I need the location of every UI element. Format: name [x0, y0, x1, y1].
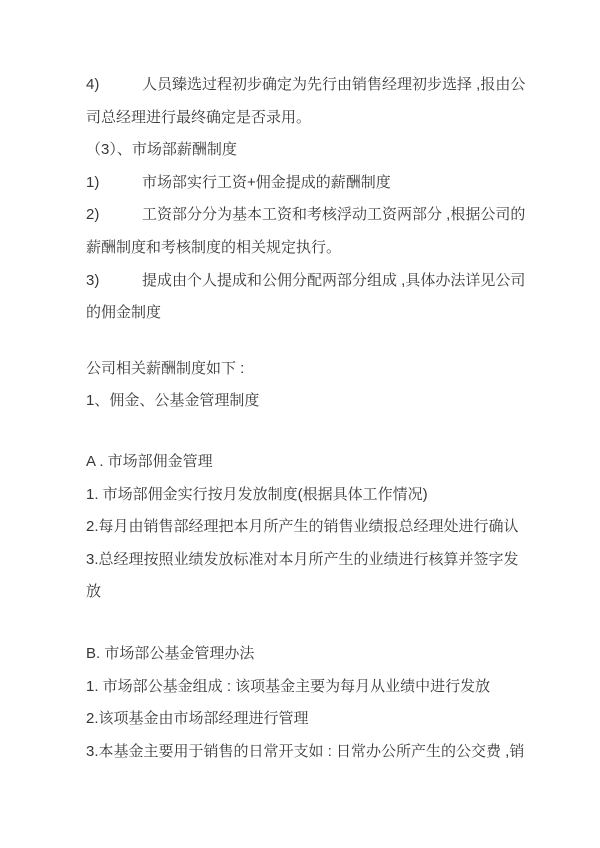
line-text: A . 市场部佣金管理 — [86, 453, 213, 470]
line-text: 1. 市场部公基金组成 : 该项基金主要为每月从业绩中进行发放 — [86, 678, 490, 695]
line-text: 提成由个人提成和公佣分配两部分组成 ,具体办法详见公司 — [142, 272, 525, 289]
text-line: 3.本基金主要用于销售的日常开支如 : 日常办公所产生的公交费 ,销 — [86, 736, 530, 769]
text-line: 2.该项基金由市场部经理进行管理 — [86, 703, 530, 736]
list-number: 2) — [86, 199, 142, 232]
text-line: 薪酬制度和考核制度的相关规定执行。 — [86, 232, 530, 265]
line-text: 公司相关薪酬制度如下 : — [86, 360, 244, 377]
text-line: 司总经理进行最终确定是否录用。 — [86, 102, 530, 135]
text-line: 的佣金制度 — [86, 297, 530, 330]
line-text: 的佣金制度 — [86, 304, 161, 321]
text-line: B. 市场部公基金管理办法 — [86, 638, 530, 671]
text-line: 3.总经理按照业绩发放标准对本月所产生的业绩进行核算并签字发 — [86, 544, 530, 577]
line-text: 工资部分分为基本工资和考核浮动工资两部分 ,根据公司的 — [142, 206, 525, 223]
text-line: 公司相关薪酬制度如下 : — [86, 353, 530, 386]
paragraph-spacer — [86, 418, 530, 446]
line-text: 2.每月由销售部经理把本月所产生的销售业绩报总经理处进行确认 — [86, 518, 519, 535]
line-text: （3）、市场部薪酬制度 — [86, 141, 237, 158]
line-text: 司总经理进行最终确定是否录用。 — [86, 109, 311, 126]
line-text: 1. 市场部佣金实行按月发放制度(根据具体工作情况) — [86, 486, 428, 503]
list-number: 3) — [86, 265, 142, 298]
line-text: 3.总经理按照业绩发放标准对本月所产生的业绩进行核算并签字发 — [86, 551, 519, 568]
text-line: 放 — [86, 576, 530, 609]
line-text: 1、佣金、公基金管理制度 — [86, 392, 259, 409]
line-text: 薪酬制度和考核制度的相关规定执行。 — [86, 239, 341, 256]
line-text: B. 市场部公基金管理办法 — [86, 645, 254, 662]
text-line: 1)市场部实行工资+佣金提成的薪酬制度 — [86, 167, 530, 200]
line-text: 2.该项基金由市场部经理进行管理 — [86, 710, 309, 727]
line-text: 人员臻选过程初步确定为先行由销售经理初步选择 ,报由公 — [142, 76, 525, 93]
list-number: 4) — [86, 69, 142, 102]
paragraph-spacer — [86, 330, 530, 353]
text-line: A . 市场部佣金管理 — [86, 446, 530, 479]
text-line: 1. 市场部佣金实行按月发放制度(根据具体工作情况) — [86, 479, 530, 512]
line-text: 放 — [86, 583, 101, 600]
list-number: 1) — [86, 167, 142, 200]
text-line: 2.每月由销售部经理把本月所产生的销售业绩报总经理处进行确认 — [86, 511, 530, 544]
paragraph-spacer — [86, 609, 530, 638]
line-text: 市场部实行工资+佣金提成的薪酬制度 — [142, 174, 391, 191]
text-line: 1、佣金、公基金管理制度 — [86, 385, 530, 418]
text-line: （3）、市场部薪酬制度 — [86, 134, 530, 167]
text-line: 3)提成由个人提成和公佣分配两部分组成 ,具体办法详见公司 — [86, 265, 530, 298]
text-line: 4)人员臻选过程初步确定为先行由销售经理初步选择 ,报由公 — [86, 69, 530, 102]
line-text: 3.本基金主要用于销售的日常开支如 : 日常办公所产生的公交费 ,销 — [86, 743, 524, 760]
text-line: 1. 市场部公基金组成 : 该项基金主要为每月从业绩中进行发放 — [86, 671, 530, 704]
text-line: 2)工资部分分为基本工资和考核浮动工资两部分 ,根据公司的 — [86, 199, 530, 232]
document-page: 4)人员臻选过程初步确定为先行由销售经理初步选择 ,报由公 司总经理进行最终确定… — [0, 0, 600, 848]
